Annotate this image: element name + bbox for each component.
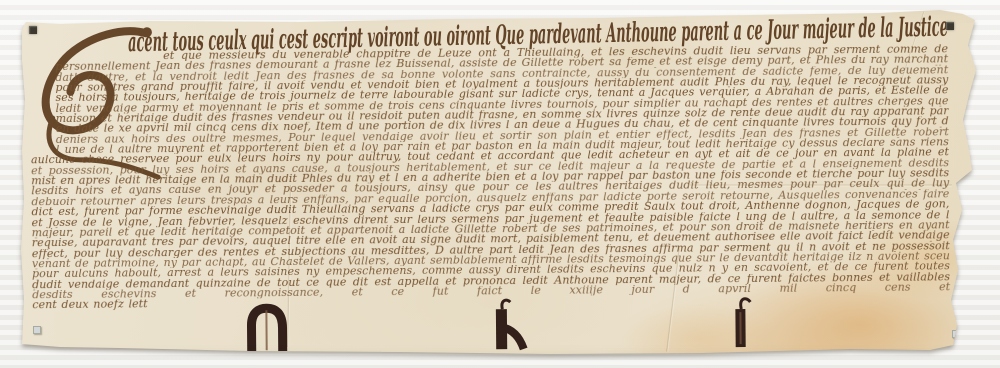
manuscript-line: majeur, pareil et que ledit heritaige co… [32, 220, 950, 238]
manuscript-line: pour son tres grand prouffit faire, il a… [30, 75, 948, 93]
manuscript-line: aulcune chose reservee pour eulx leurs h… [31, 148, 949, 166]
manuscript-line: personnellement Jean des frasnes demoura… [30, 55, 948, 73]
manuscript-content: acent tous ceulx qui cest escript voiron… [0, 0, 1000, 368]
manuscript-line: et que messieurs du venerable chappitre … [30, 44, 948, 62]
manuscript-line: pour aulcuns haboult, arrest a leurs sai… [32, 261, 950, 279]
manuscript-line: lesdits hoirs et ayans cause en jouyr et… [31, 179, 949, 197]
manuscript-line: debuoir retourner apres leurs trespas a … [31, 189, 949, 207]
manuscript-line: requise, auparavant tres par devoirs, au… [32, 230, 950, 248]
manuscript-line: cent deux noefz lett [32, 298, 326, 311]
heading-line: acent tous ceulx qui cest escript voiron… [128, 12, 948, 59]
manuscript-line: ledit vendaige parmy et moyennant le pri… [31, 96, 949, 114]
parchment: acent tous ceulx qui cest escript voiron… [0, 0, 1000, 368]
chirograph-letter-h [501, 300, 523, 349]
manuscript-photo: acent tous ceulx qui cest escript voiron… [0, 0, 1000, 368]
manuscript-line: dudit vendaige demandant quinzaine de to… [32, 272, 950, 290]
manuscript-line: dath dautre, et la vendroit ledit Jean d… [30, 65, 948, 83]
manuscript-line: et Josse de le vigne, Jean febvrier, les… [32, 210, 950, 228]
manuscript-line: l une de l aultre muyrent et rapporteren… [31, 137, 949, 155]
punch-hole-top-left [29, 26, 37, 34]
punch-hole-bottom-left [33, 326, 41, 334]
chirograph-letter-l [740, 299, 750, 347]
chirograph-letter-n [251, 308, 282, 351]
parchment-shadow: acent tous ceulx qui cest escript voiron… [0, 0, 1000, 368]
manuscript-line: dict est, furent par forme eschevinaige … [31, 199, 949, 217]
manuscript-line: mist en apres ledit heritaige en la main… [31, 168, 949, 186]
manuscript-line: deniers aux hoirs des oultre mesmes, Pou… [31, 127, 949, 145]
manuscript-line: et possession, pour luy ses hoirs et aya… [31, 158, 949, 176]
fold-crease-top-right [901, 11, 925, 80]
manuscript-line: ses hoirs a tousjours, heritaige de troi… [30, 86, 948, 104]
manuscript-line: venant de patrimoine, ny par achapt, au … [32, 251, 950, 269]
manuscript-line: en date le xe apvril mil cincq cens dix … [31, 117, 949, 135]
punch-hole-bottom-right [952, 330, 960, 338]
script-overlay: acent tous ceulx qui cest escript voiron… [0, 0, 1000, 368]
manuscript-line: effect, pour luy descharger des rentes e… [32, 241, 950, 259]
fold-crease-left [287, 185, 293, 347]
fold-crease-center [666, 248, 682, 352]
initial-letter-S [45, 27, 158, 178]
manuscript-line: desdits eschevins et recongnoissance, et… [32, 282, 950, 300]
fold-crease-horizontal [690, 184, 952, 187]
punch-hole-top-right [946, 22, 954, 30]
manuscript-body: et que messieurs du venerable chappitre … [30, 44, 950, 311]
manuscript-line: maison et heritaige dudit des frasnes ve… [31, 106, 949, 124]
